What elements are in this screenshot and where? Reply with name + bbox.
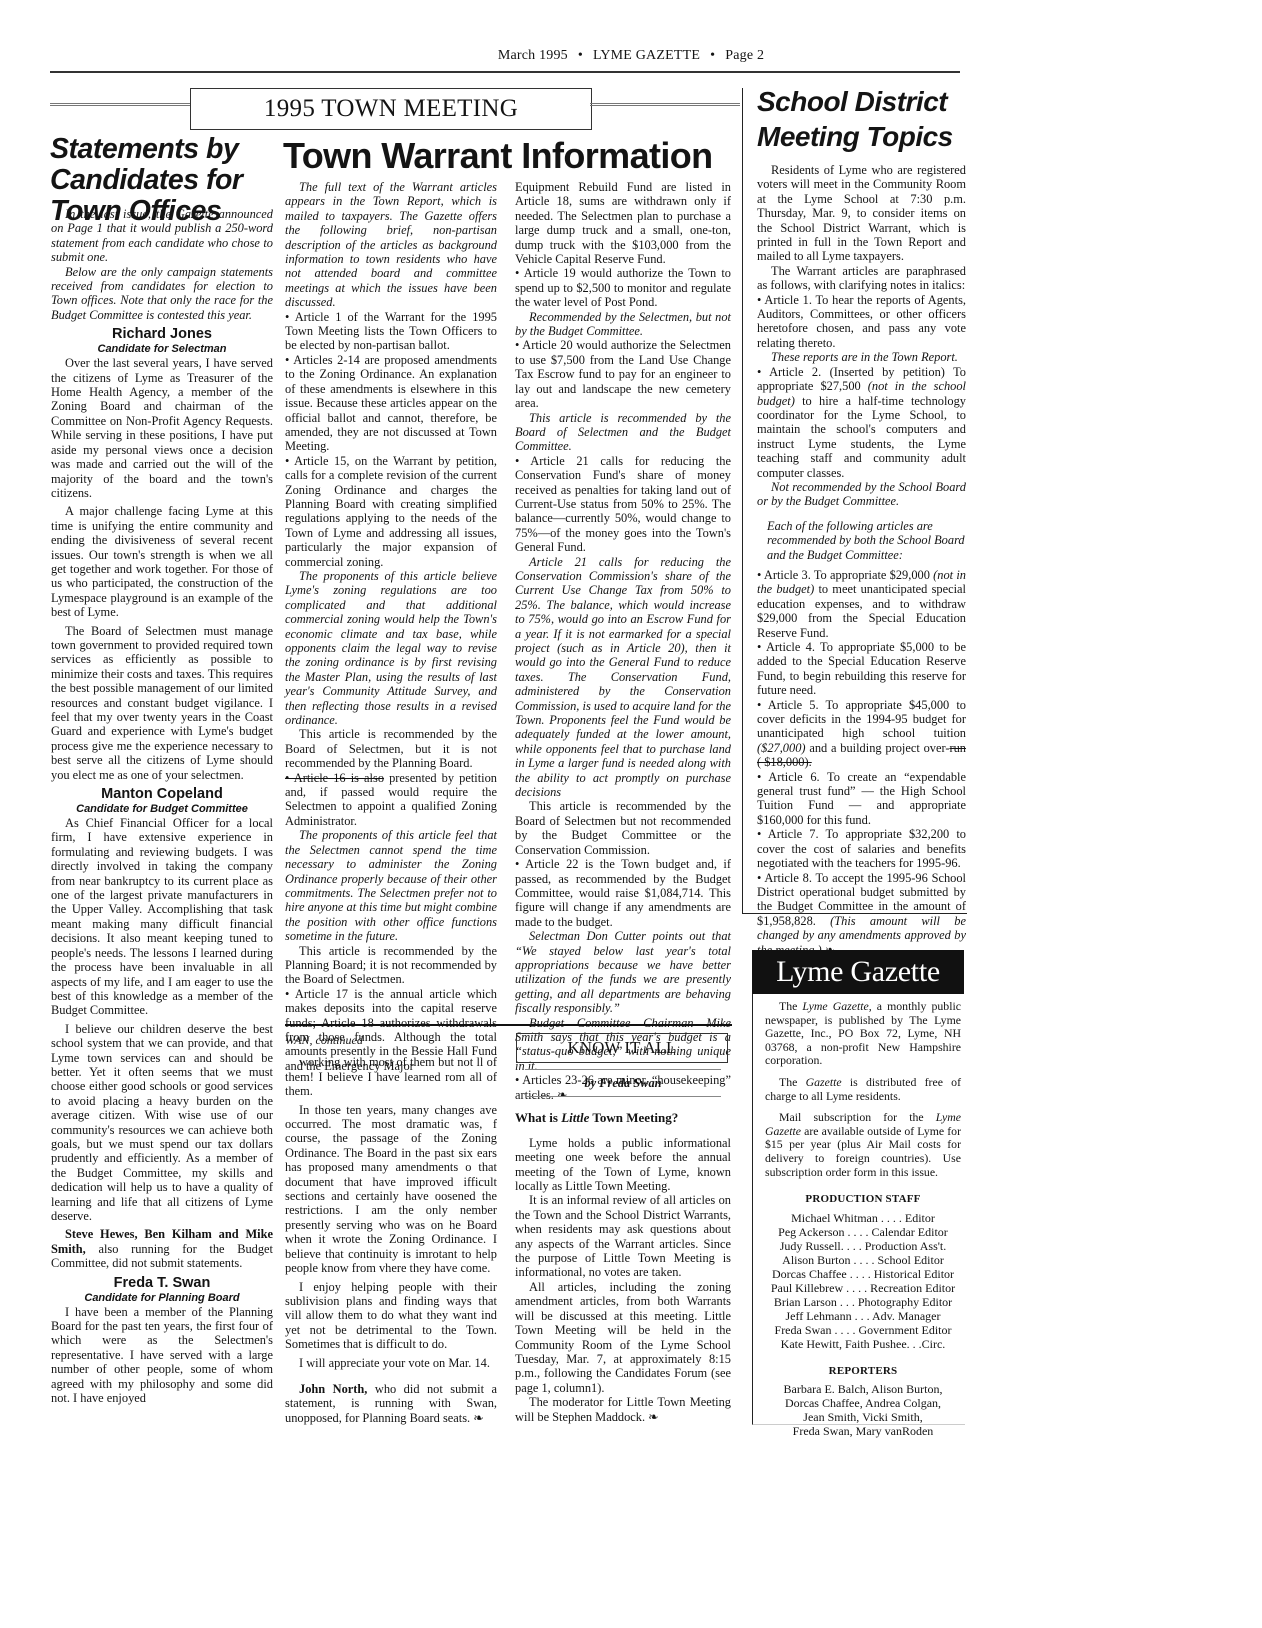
candidate-name: Manton Copeland bbox=[51, 786, 273, 803]
staff-line: Paul Killebrew . . . . Recreation Editor bbox=[765, 1281, 961, 1295]
warrant-article: • Article 20 would authorize the Selectm… bbox=[515, 338, 731, 410]
school-headline: School District Meeting Topics bbox=[757, 84, 977, 154]
know-it-all-paragraph: Lyme holds a public informational meetin… bbox=[515, 1136, 731, 1194]
school-article: • Article 5. To appropriate $45,000 to c… bbox=[757, 698, 966, 770]
publication-name: LYME GAZETTE bbox=[593, 48, 700, 63]
school-article: • Article 2. (Inserted by petition) To a… bbox=[757, 365, 966, 480]
warrant-article: • Article 1 of the Warrant for the 1995 … bbox=[285, 310, 497, 353]
byline: by Freda Swan bbox=[515, 1076, 731, 1090]
staff-line: Alison Burton . . . . School Editor bbox=[765, 1253, 961, 1267]
warrant-article: • Articles 2-14 are proposed amendments … bbox=[285, 353, 497, 454]
know-it-all-paragraph: The moderator for Little Town Meeting wi… bbox=[515, 1395, 731, 1424]
staff-line: Judy Russell. . . . Production Ass't. bbox=[765, 1239, 961, 1253]
masthead-paragraph: The Gazette is distributed free of charg… bbox=[765, 1076, 961, 1103]
warrant-headline: Town Warrant Information bbox=[283, 136, 733, 176]
school-article: • Article 6. To create an “expendable ge… bbox=[757, 770, 966, 828]
reporters-heading: REPORTERS bbox=[765, 1365, 961, 1379]
warrant-column-1: The full text of the Warrant articles ap… bbox=[285, 180, 497, 1073]
section-banner: 1995 TOWN MEETING bbox=[190, 88, 592, 130]
candidate-role: Candidate for Selectman bbox=[51, 343, 273, 356]
warrant-commentary: Article 21 calls for reducing the Conser… bbox=[515, 555, 731, 800]
staff-line: Jeff Lehmann . . . Adv. Manager bbox=[765, 1309, 961, 1323]
warrant-article: • Article 21 calls for reducing the Cons… bbox=[515, 454, 731, 555]
section-rule bbox=[285, 1024, 732, 1026]
bullet-separator: • bbox=[578, 48, 583, 63]
running-header: March 1995•LYME GAZETTE•Page 2 bbox=[0, 48, 1262, 64]
masthead-body: The Lyme Gazette, a monthly public newsp… bbox=[765, 1000, 961, 1438]
reporters-line: Jean Smith, Vicki Smith, bbox=[765, 1410, 961, 1424]
candidate-name: Richard Jones bbox=[51, 326, 273, 343]
warrant-column-2: Equipment Rebuild Fund are listed in Art… bbox=[515, 180, 731, 1102]
non-submitters-note: Steve Hewes, Ben Kilham and Mike Smith, … bbox=[51, 1227, 273, 1270]
school-article: • Article 8. To accept the 1995-96 Schoo… bbox=[757, 871, 966, 957]
candidate-name: Freda T. Swan bbox=[51, 1275, 273, 1292]
staff-line: Freda Swan . . . . Government Editor bbox=[765, 1323, 961, 1337]
warrant-commentary: Recommended by the Selectmen, but not by… bbox=[515, 310, 731, 339]
statement-paragraph: In those ten years, many changes ave occ… bbox=[285, 1103, 497, 1276]
statements-intro: In the last issue, the Gazette announced… bbox=[51, 207, 273, 265]
statement-paragraph: working with most of them but not ll of … bbox=[285, 1055, 497, 1098]
know-it-all-paragraph: It is an informal review of all articles… bbox=[515, 1193, 731, 1279]
statement-paragraph: Over the last several years, I have serv… bbox=[51, 356, 273, 500]
masthead-title: Lyme Gazette bbox=[752, 950, 964, 994]
statement-paragraph: The Board of Selectmen must manage town … bbox=[51, 624, 273, 782]
school-intro: The Warrant articles are paraphrased as … bbox=[757, 264, 966, 293]
school-article: • Article 1. To hear the reports of Agen… bbox=[757, 293, 966, 351]
statement-paragraph: As Chief Financial Officer for a local f… bbox=[51, 816, 273, 1018]
school-article: • Article 3. To appropriate $29,000 (not… bbox=[757, 568, 966, 640]
candidate-role: Candidate for Planning Board bbox=[51, 1292, 273, 1305]
know-it-all-question: What is Little Town Meeting? bbox=[515, 1111, 731, 1125]
candidate-name-inline: John North, bbox=[299, 1382, 367, 1396]
swan-continued-column: WAN, continued working with most of them… bbox=[285, 1033, 497, 1425]
staff-line: Peg Ackerson . . . . Calendar Editor bbox=[765, 1225, 961, 1239]
staff-line: Kate Hewitt, Faith Pushee. . .Circ. bbox=[765, 1337, 961, 1351]
column-divider bbox=[742, 88, 743, 913]
issue-date: March 1995 bbox=[498, 48, 568, 63]
warrant-article: • Article 19 would authorize the Town to… bbox=[515, 266, 731, 309]
school-article: • Article 7. To appropriate $32,200 to c… bbox=[757, 827, 966, 870]
john-north-note: John North, who did not submit a stateme… bbox=[285, 1382, 497, 1425]
staff-heading: PRODUCTION STAFF bbox=[765, 1193, 961, 1207]
statements-intro: Below are the only campaign statements r… bbox=[51, 265, 273, 323]
page-number: Page 2 bbox=[725, 48, 764, 63]
header-rule bbox=[50, 71, 960, 73]
banner-rule-right bbox=[590, 103, 740, 108]
masthead-paragraph: Mail subscription for the Lyme Gazette a… bbox=[765, 1111, 961, 1179]
continued-label: WAN, continued bbox=[285, 1033, 497, 1047]
school-note: Not recommended by the School Board or b… bbox=[757, 480, 966, 509]
warrant-recommendation: This article is recommended by the Plann… bbox=[285, 944, 497, 987]
statements-column: In the last issue, the Gazette announced… bbox=[51, 207, 273, 1405]
statement-paragraph: I will appreciate your vote on Mar. 14. bbox=[285, 1356, 497, 1370]
recommended-note: Each of the following articles are recom… bbox=[757, 519, 966, 562]
staff-line: Brian Larson . . . Photography Editor bbox=[765, 1295, 961, 1309]
warrant-intro: The full text of the Warrant articles ap… bbox=[285, 180, 497, 310]
warrant-recommendation: This article is recommended by the Board… bbox=[515, 799, 731, 857]
warrant-article: • Article 22 is the Town budget and, if … bbox=[515, 857, 731, 929]
warrant-commentary: The proponents of this article believe L… bbox=[285, 569, 497, 727]
statement-paragraph: I have been a member of the Planning Boa… bbox=[51, 1305, 273, 1406]
warrant-recommendation: This article is recommended by the Board… bbox=[285, 727, 497, 770]
divider bbox=[525, 1096, 721, 1097]
know-it-all-paragraph: All articles, including the zoning amend… bbox=[515, 1280, 731, 1395]
statement-paragraph: I enjoy helping people with their subliv… bbox=[285, 1280, 497, 1352]
warrant-article: • Article 15, on the Warrant by petition… bbox=[285, 454, 497, 569]
warrant-article: Equipment Rebuild Fund are listed in Art… bbox=[515, 180, 731, 266]
know-it-all-title: KNOW IT ALL bbox=[516, 1033, 728, 1063]
banner-rule-left bbox=[50, 103, 190, 108]
know-it-all-column: KNOW IT ALL by Freda Swan What is Little… bbox=[515, 1033, 731, 1424]
bullet-separator: • bbox=[710, 48, 715, 63]
school-intro: Residents of Lyme who are registered vot… bbox=[757, 163, 966, 264]
warrant-commentary: This article is recommended by the Board… bbox=[515, 411, 731, 454]
reporters-line: Barbara E. Balch, Alison Burton, bbox=[765, 1382, 961, 1396]
struck-text: • Article 16 is also bbox=[285, 771, 384, 785]
statement-paragraph: I believe our children deserve the best … bbox=[51, 1022, 273, 1224]
staff-line: Michael Whitman . . . . Editor bbox=[765, 1211, 961, 1225]
warrant-article: • Article 16 is also presented by petiti… bbox=[285, 771, 497, 829]
warrant-commentary: The proponents of this article feel that… bbox=[285, 828, 497, 943]
masthead-paragraph: The Lyme Gazette, a monthly public newsp… bbox=[765, 1000, 961, 1068]
school-district-column: Residents of Lyme who are registered vot… bbox=[757, 163, 966, 957]
divider bbox=[525, 1069, 721, 1070]
statement-paragraph: A major challenge facing Lyme at this ti… bbox=[51, 504, 273, 619]
school-note: These reports are in the Town Report. bbox=[757, 350, 966, 364]
candidate-role: Candidate for Budget Committee bbox=[51, 803, 273, 816]
staff-line: Dorcas Chaffee . . . . Historical Editor bbox=[765, 1267, 961, 1281]
reporters-line: Dorcas Chaffee, Andrea Colgan, bbox=[765, 1396, 961, 1410]
warrant-commentary: Selectman Don Cutter points out that “We… bbox=[515, 929, 731, 1015]
school-article: • Article 4. To appropriate $5,000 to be… bbox=[757, 640, 966, 698]
reporters-line: Freda Swan, Mary vanRoden bbox=[765, 1424, 961, 1438]
